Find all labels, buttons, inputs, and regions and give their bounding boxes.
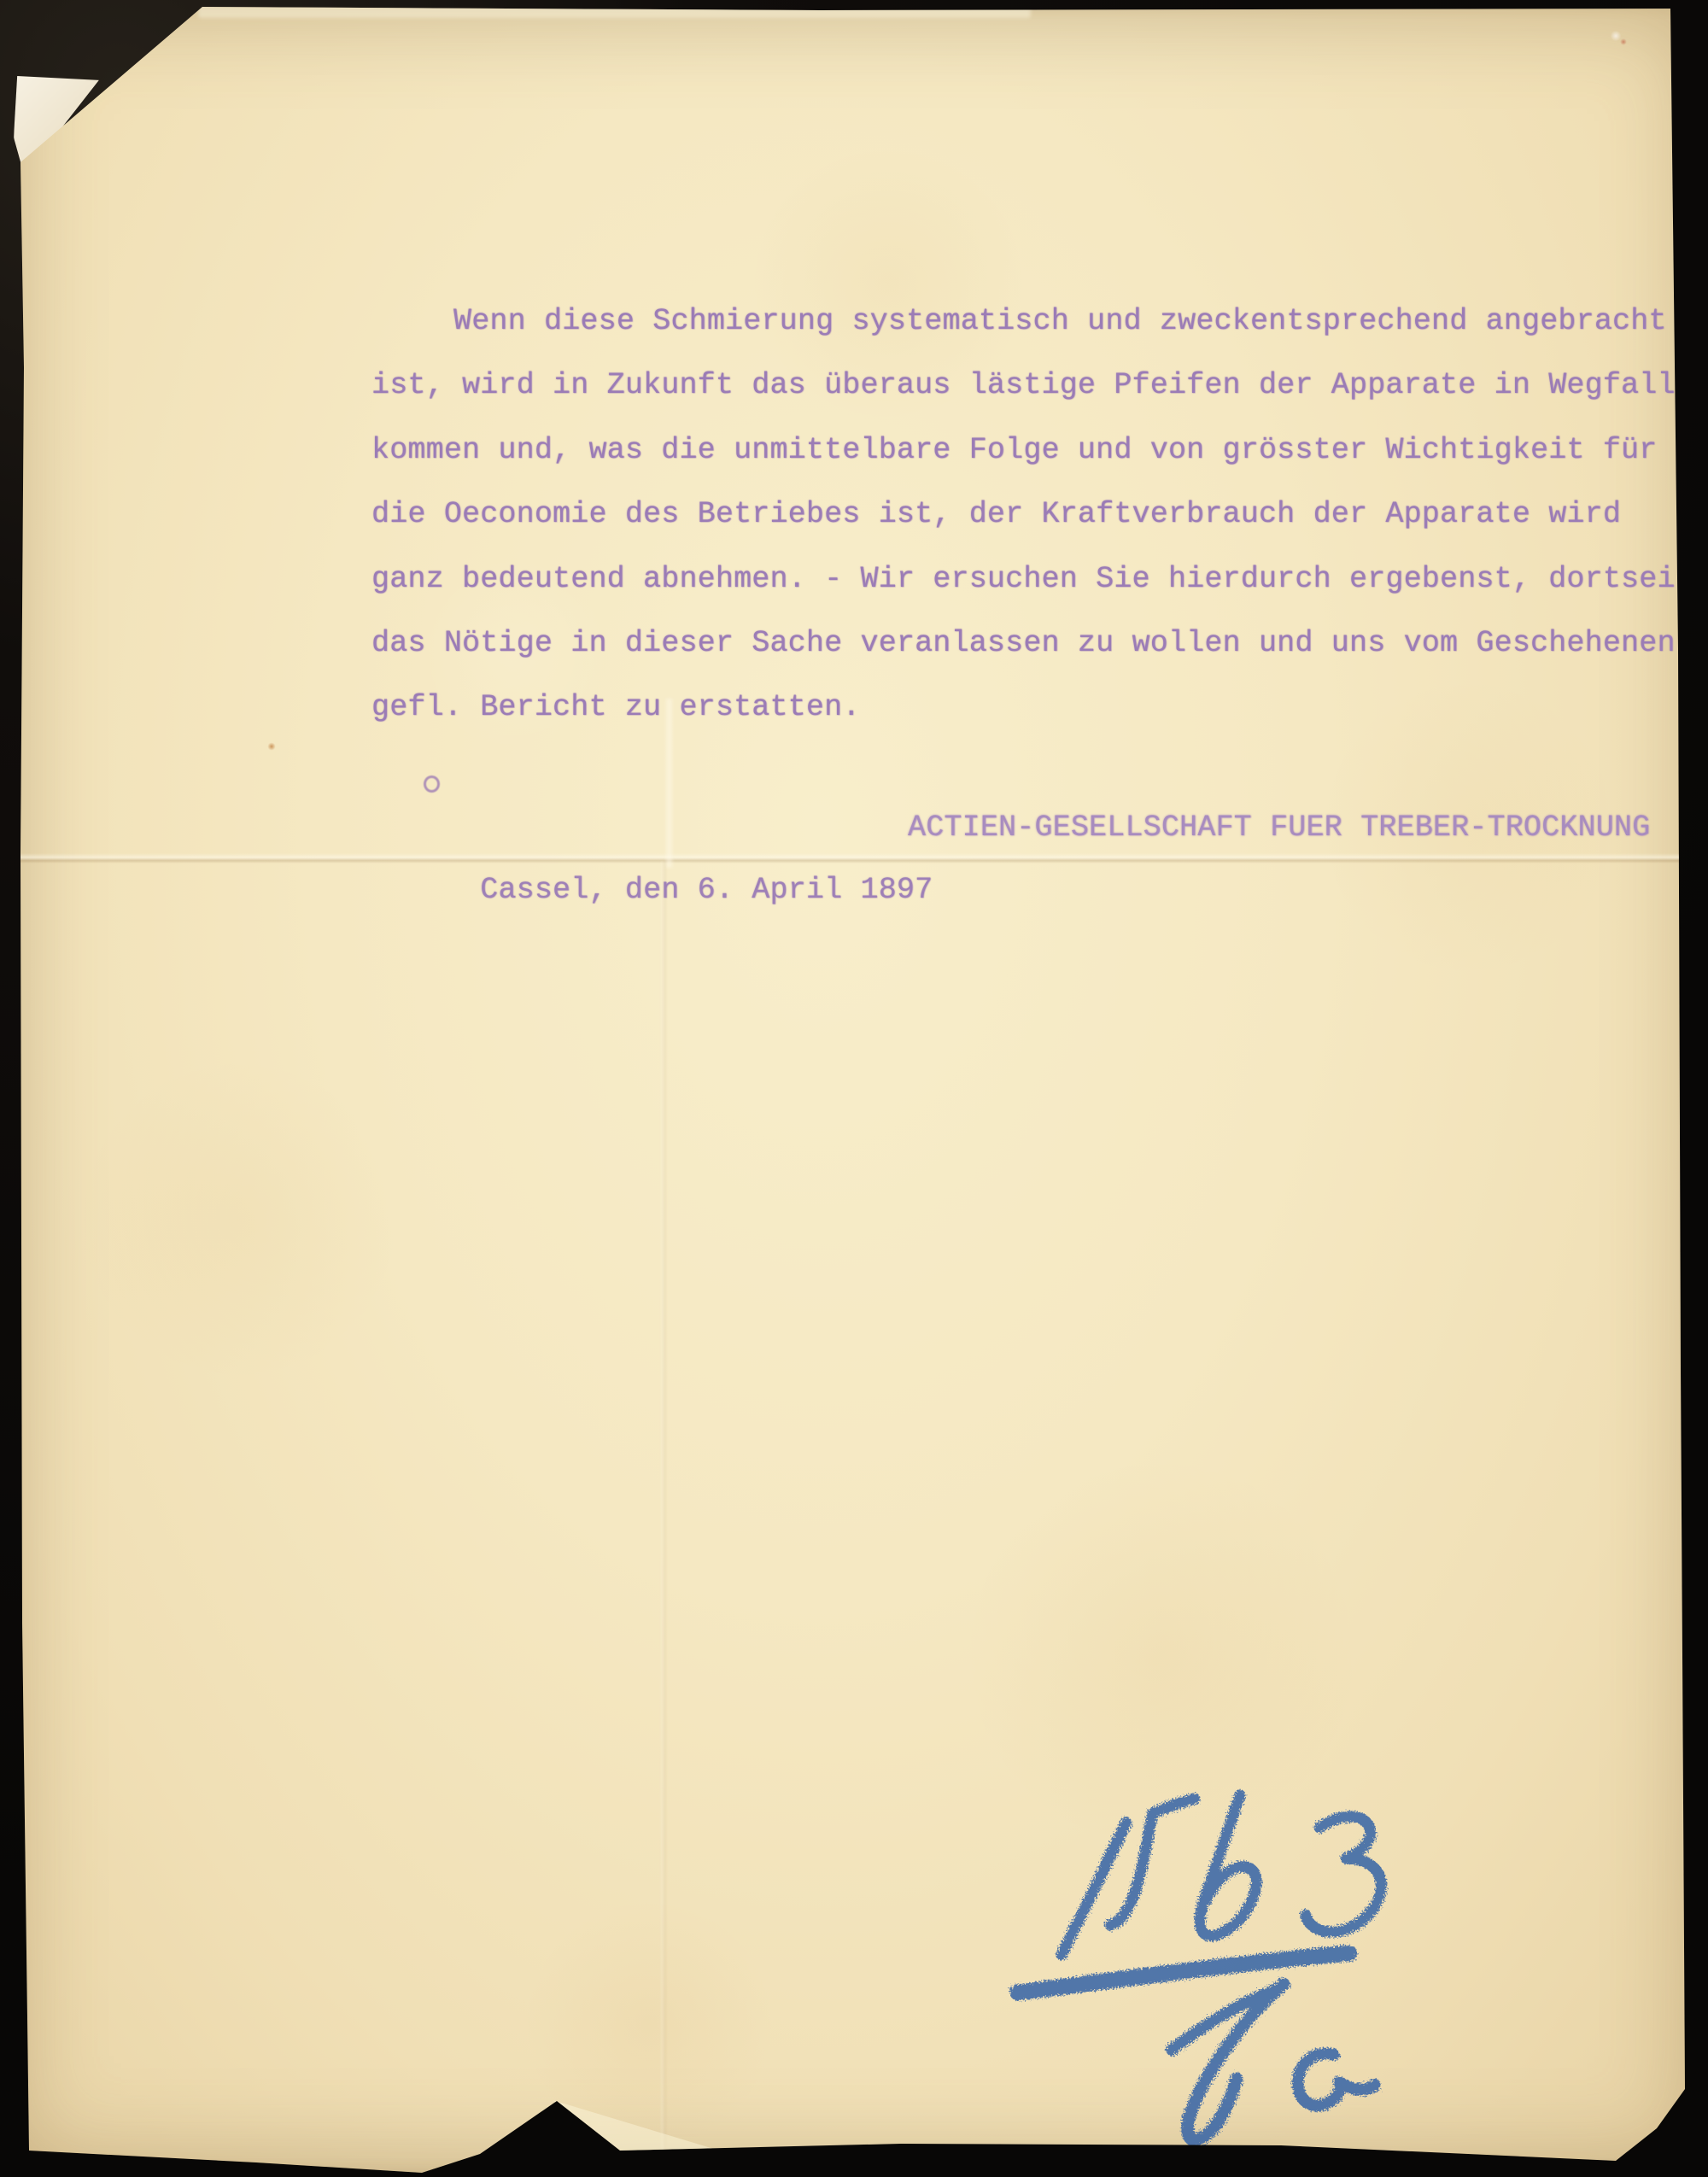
underline-stroke xyxy=(1018,1953,1349,1993)
digit-5-stroke xyxy=(1110,1799,1195,1925)
digit-6-stroke xyxy=(1200,1795,1256,1936)
handwritten-annotation xyxy=(0,0,1708,2177)
letter-paper: Wenn diese Schmierung systematisch und z… xyxy=(0,0,1708,2177)
initials-tail-stroke xyxy=(1298,2054,1375,2106)
digit-3-stroke xyxy=(1306,1817,1381,1932)
digit-1-stroke xyxy=(1062,1823,1126,1955)
scanned-letter-page: Wenn diese Schmierung systematisch und z… xyxy=(0,0,1708,2177)
initials-cross-stroke xyxy=(1172,1991,1274,2050)
